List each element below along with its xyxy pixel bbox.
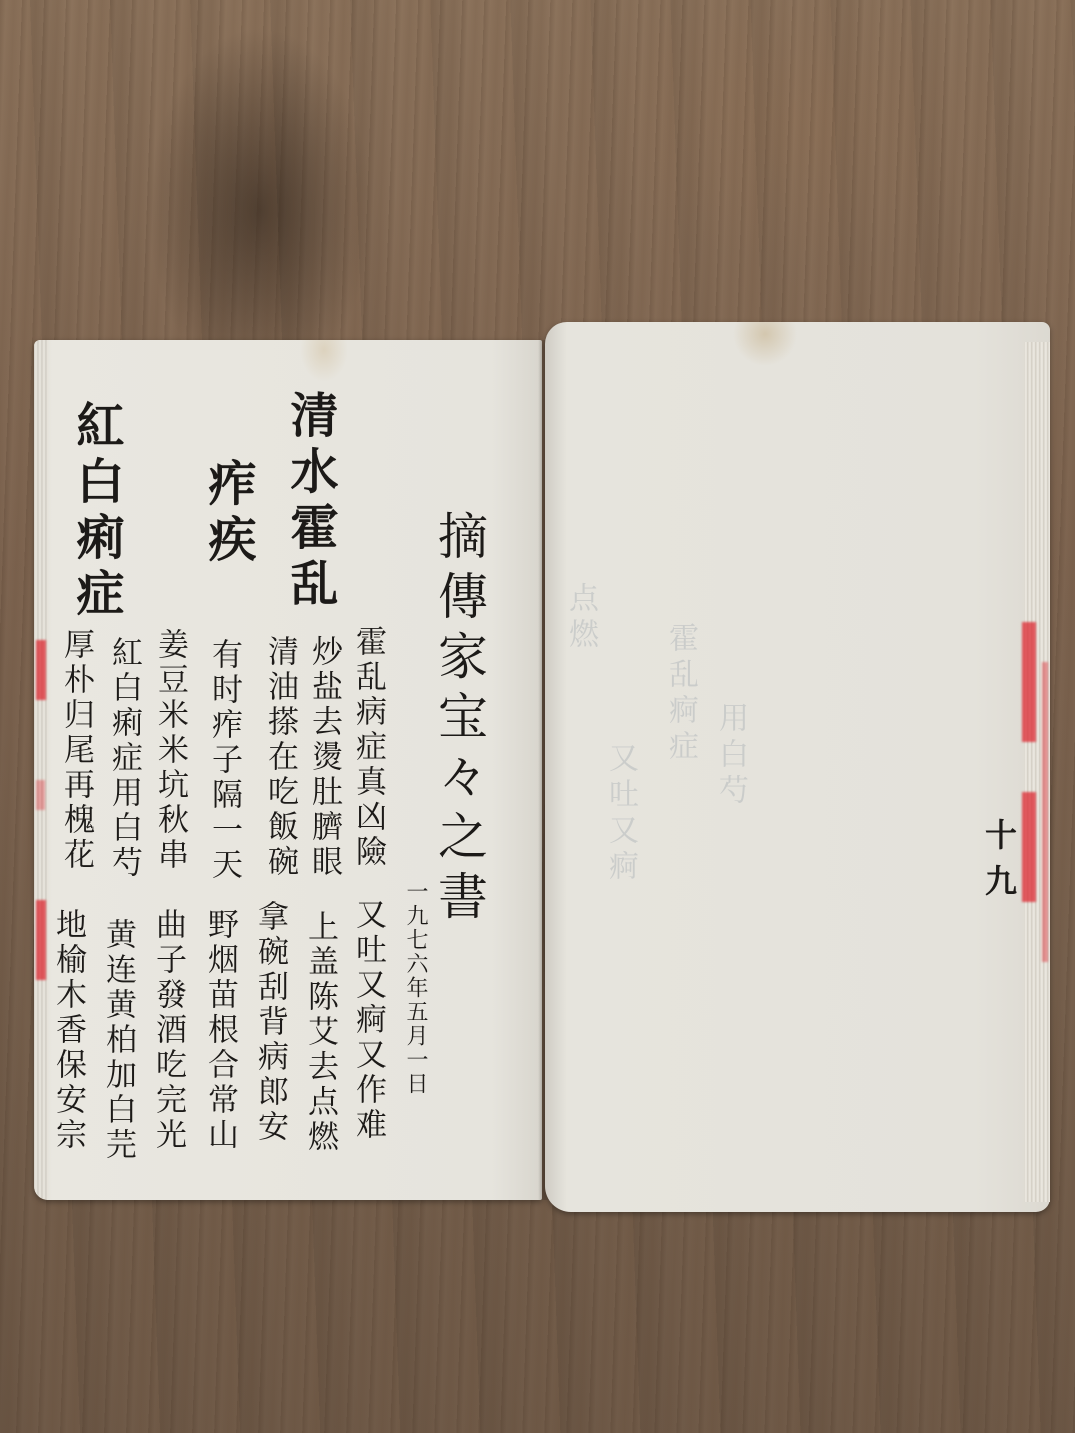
date-line: 一九七六年五月一日 [404, 880, 426, 1096]
bleed-through-text: 又吐又痾 [605, 742, 635, 886]
red-edge-mark [36, 640, 46, 700]
red-edge-mark [1022, 622, 1036, 742]
bleed-through-text: 霍乱痾症 [665, 622, 695, 766]
verse-lower-4: 野烟苗根合常山 [204, 908, 235, 1153]
bleed-through-text: 点燃 [565, 582, 595, 654]
verse-upper-3: 清油搽在吃飯碗 [264, 635, 295, 880]
verse-lower-6: 黄连黄柏加白芫 [102, 918, 133, 1163]
verse-upper-6: 紅白痢症用白芍 [108, 636, 139, 881]
left-page: 摘傳家宝々之書 一九七六年五月一日 清水霍乱 痄疾 紅白痢症 霍乱病症真凶險 炒… [34, 340, 542, 1200]
verse-upper-7: 厚朴归尾再槐花 [60, 628, 91, 873]
verse-lower-5: 曲子發酒吃完光 [152, 908, 183, 1153]
verse-upper-1: 霍乱病症真凶險 [352, 625, 383, 870]
red-edge-mark [36, 780, 45, 810]
left-page-edge [34, 340, 48, 1200]
verse-lower-7: 地榆木香保安宗 [52, 908, 83, 1153]
heading-zhaji: 痄疾 [204, 458, 252, 570]
verse-upper-2: 炒盐去燙肚臍眼 [308, 635, 339, 880]
heading-hongbai-lizheng: 紅白痢症 [72, 400, 120, 624]
verse-upper-4: 有时痄子隔一天 [208, 638, 239, 883]
book-title: 摘傳家宝々之書 [434, 510, 484, 930]
bleed-through-text: 用白芍 [715, 702, 745, 810]
verse-lower-1: 又吐又痾又作难 [352, 898, 383, 1143]
red-edge-mark [36, 900, 46, 980]
verse-lower-3: 拿碗刮背病郎安 [254, 900, 285, 1145]
folio-number: 十九 [985, 810, 1050, 902]
verse-lower-2: 上盖陈艾去点燃 [304, 910, 335, 1155]
right-page: 霍乱痾症 用白芍 又吐又痾 点燃 十九 [545, 322, 1050, 1212]
heading-qingshui-huoluan: 清水霍乱 [286, 390, 334, 614]
verse-upper-5: 姜豆米米坑秋串 [154, 628, 185, 873]
